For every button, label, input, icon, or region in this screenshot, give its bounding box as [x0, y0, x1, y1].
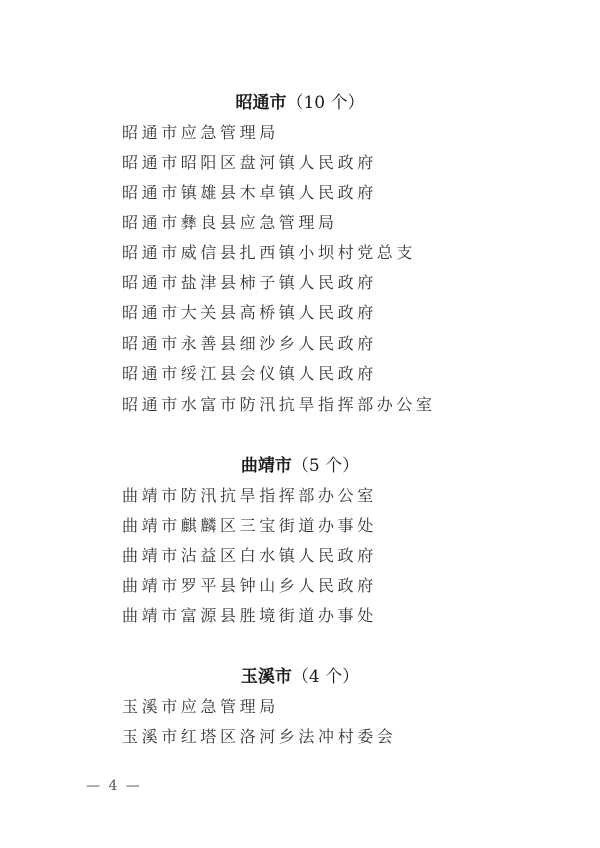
list-item: 玉溪市红塔区洛河乡法冲村委会 [122, 726, 396, 748]
list-item: 曲靖市沾益区白水镇人民政府 [122, 545, 377, 567]
section-heading-qujing: 曲靖市（5 个） [0, 455, 600, 477]
document-page: 昭通市（10 个） 昭通市应急管理局 昭通市昭阳区盘河镇人民政府 昭通市镇雄县木… [0, 0, 600, 848]
list-item: 曲靖市富源县胜境街道办事处 [122, 605, 377, 627]
section-city: 昭通市 [235, 93, 286, 113]
list-item: 玉溪市应急管理局 [122, 696, 279, 718]
section-count: （5 个） [292, 456, 359, 476]
section-heading-yuxi: 玉溪市（4 个） [0, 666, 600, 688]
list-item: 昭通市水富市防汛抗旱指挥部办公室 [122, 394, 436, 416]
section-count: （10 个） [286, 93, 364, 113]
section-heading-zhaotong: 昭通市（10 个） [0, 92, 600, 114]
list-item: 曲靖市防汛抗旱指挥部办公室 [122, 485, 377, 507]
section-city: 曲靖市 [241, 456, 292, 476]
list-item: 昭通市彝良县应急管理局 [122, 212, 338, 234]
page-number: — 4 — [86, 776, 142, 796]
section-city: 玉溪市 [241, 667, 292, 687]
section-count: （4 个） [292, 667, 359, 687]
list-item: 昭通市昭阳区盘河镇人民政府 [122, 152, 377, 174]
list-item: 昭通市应急管理局 [122, 122, 279, 144]
list-item: 昭通市永善县细沙乡人民政府 [122, 333, 377, 355]
list-item: 曲靖市麒麟区三宝街道办事处 [122, 515, 377, 537]
list-item: 昭通市威信县扎西镇小坝村党总支 [122, 242, 416, 264]
list-item: 昭通市镇雄县木卓镇人民政府 [122, 182, 377, 204]
list-item: 昭通市盐津县柿子镇人民政府 [122, 272, 377, 294]
list-item: 昭通市绥江县会仪镇人民政府 [122, 363, 377, 385]
list-item: 昭通市大关县高桥镇人民政府 [122, 302, 377, 324]
list-item: 曲靖市罗平县钟山乡人民政府 [122, 575, 377, 597]
